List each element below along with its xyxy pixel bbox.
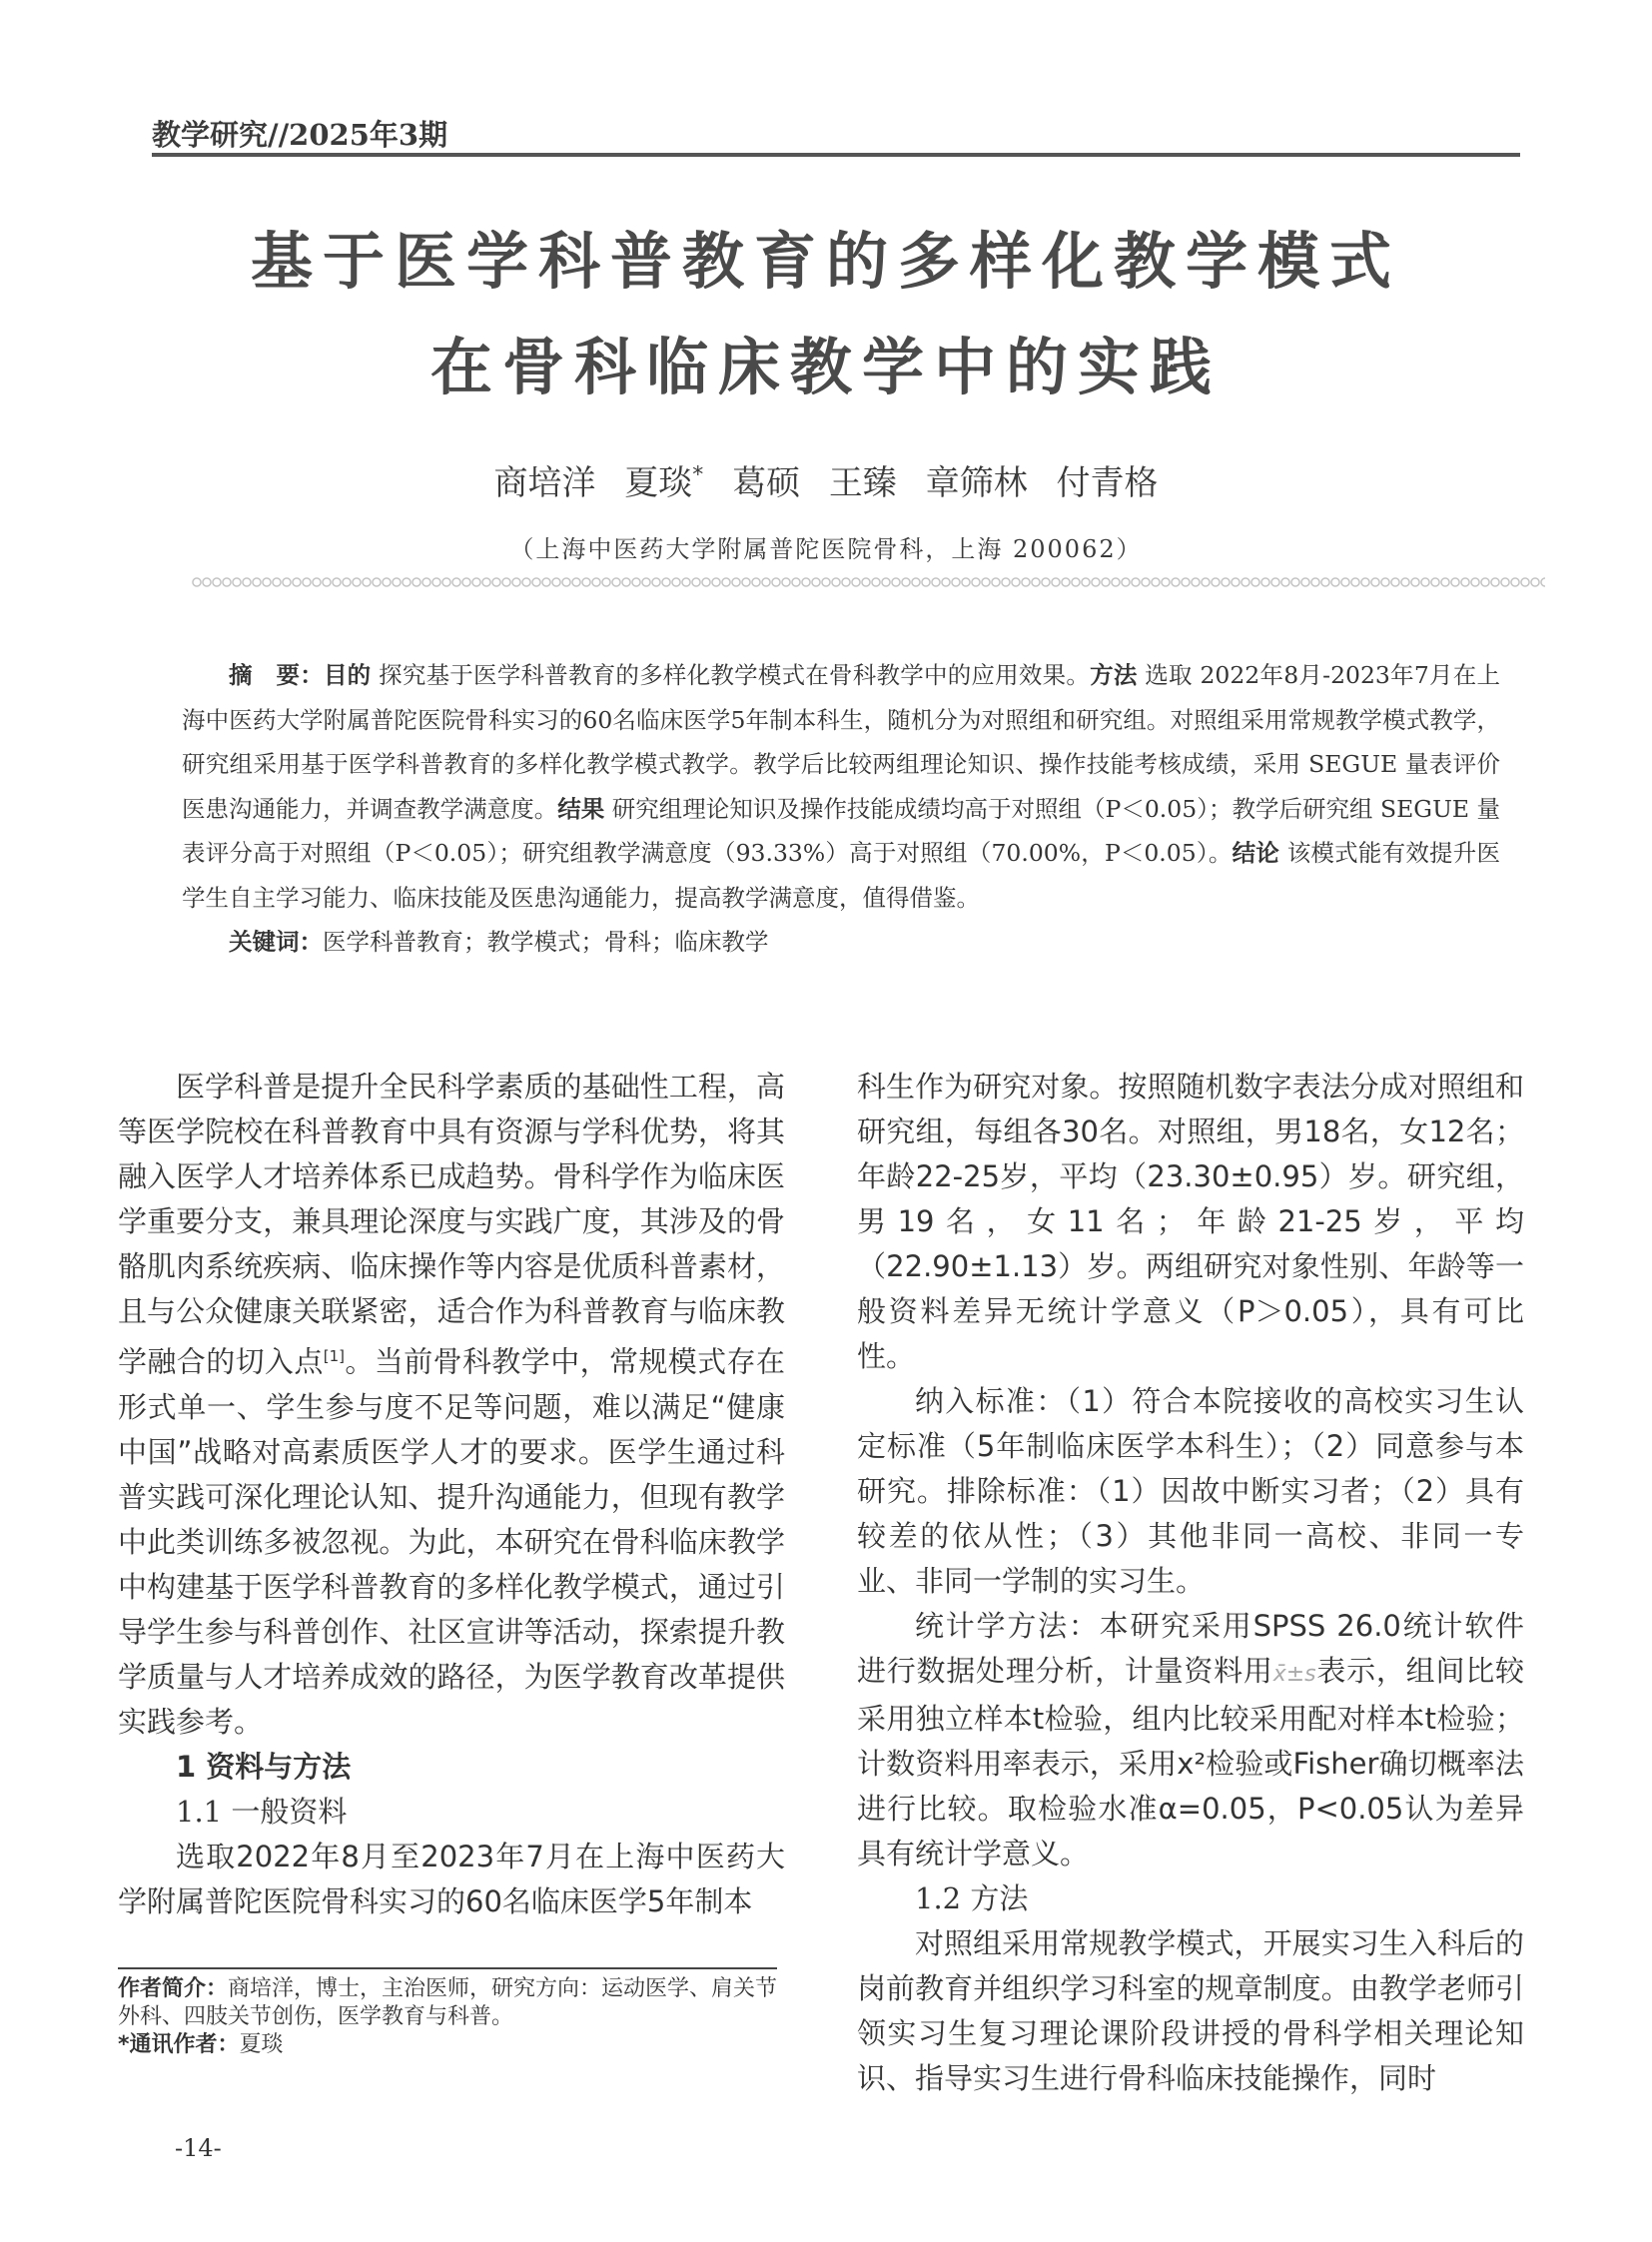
objective-label: 目的 (324, 661, 371, 689)
methods-label: 方法 (1090, 661, 1137, 689)
general-data-paragraph-cont: 科生作为研究对象。按照随机数字表法分成对照组和研究组，每组各30名。对照组，男1… (857, 1065, 1524, 1379)
objective-text: 探究基于医学科普教育的多样化教学模式在骨科教学中的应用效果。 (371, 661, 1090, 689)
affiliation: （上海中医药大学附属普陀医院骨科，上海 200062） (0, 529, 1652, 564)
results-label: 结果 (557, 795, 604, 823)
body-column-left: 医学科普是提升全民科学素质的基础性工程，高等医学院校在科普教育中具有资源与学科优… (118, 1065, 785, 1924)
intro-text-2: 。当前骨科教学中，常规模式存在形式单一、学生参与度不足等问题，难以满足“健康中国… (118, 1345, 785, 1739)
footnote-rule (118, 1967, 777, 1969)
section-heading-1-2: 1.2 方法 (857, 1876, 1524, 1921)
corresponding-author-label: *通讯作者： (118, 2032, 240, 2057)
method-paragraph: 对照组采用常规教学模式，开展实习生入科后的岗前教育并组织学习科室的规章制度。由教… (857, 1921, 1524, 2101)
article-title-line-1: 基于医学科普教育的多样化教学模式 (0, 212, 1652, 301)
footnote-block: 作者简介：商培洋，博士，主治医师，研究方向：运动医学、肩关节外科、四肢关节创伤，… (118, 1975, 785, 2059)
authors-part-2: 葛硕 王臻 章筛林 付青格 (703, 463, 1158, 503)
keywords-text: 医学科普教育；教学模式；骨科；临床教学 (323, 928, 769, 956)
author-bio-label: 作者简介： (118, 1976, 228, 2001)
decorative-divider (192, 577, 1545, 587)
statistics-paragraph: 统计学方法：本研究采用SPSS 26.0统计软件进行数据处理分析，计量资料用x̄… (857, 1604, 1524, 1876)
keywords: 关键词：医学科普教育；教学模式；骨科；临床教学 (182, 920, 1500, 965)
abstract-label: 摘 要： (229, 661, 324, 689)
page-number: -14- (175, 2134, 222, 2162)
mean-sd-symbol: x̄±s (1273, 1662, 1316, 1687)
corresponding-author-mark: * (692, 463, 703, 488)
criteria-paragraph: 纳入标准：（1）符合本院接收的高校实习生认定标准（5年制临床医学本科生）；（2）… (857, 1379, 1524, 1604)
intro-text-1: 医学科普是提升全民科学素质的基础性工程，高等医学院校在科普教育中具有资源与学科优… (118, 1070, 785, 1379)
abstract-paragraph: 摘 要：目的 探究基于医学科普教育的多样化教学模式在骨科教学中的应用效果。方法 … (182, 653, 1500, 920)
conclusion-label: 结论 (1233, 839, 1279, 867)
header-rule (152, 153, 1520, 157)
article-title-line-2: 在骨科临床教学中的实践 (0, 318, 1652, 406)
corresponding-author: *通讯作者：夏琰 (118, 2031, 785, 2059)
body-column-right: 科生作为研究对象。按照随机数字表法分成对照组和研究组，每组各30名。对照组，男1… (857, 1065, 1524, 2101)
section-heading-1-1: 1.1 一般资料 (118, 1790, 785, 1835)
authors-part-1: 商培洋 夏琰 (493, 463, 692, 503)
abstract-block: 摘 要：目的 探究基于医学科普教育的多样化教学模式在骨科教学中的应用效果。方法 … (182, 653, 1500, 965)
corresponding-author-name: 夏琰 (240, 2032, 284, 2057)
keywords-label: 关键词： (229, 928, 323, 956)
author-bio: 作者简介：商培洋，博士，主治医师，研究方向：运动医学、肩关节外科、四肢关节创伤，… (118, 1975, 785, 2031)
citation-ref: [1] (324, 1347, 345, 1365)
author-list: 商培洋 夏琰* 葛硕 王臻 章筛林 付青格 (0, 455, 1652, 504)
intro-paragraph: 医学科普是提升全民科学素质的基础性工程，高等医学院校在科普教育中具有资源与学科优… (118, 1065, 785, 1745)
running-head: 教学研究//2025年3期 (152, 113, 447, 154)
section-heading-1: 1 资料与方法 (118, 1745, 785, 1790)
general-data-paragraph-start: 选取2022年8月至2023年7月在上海中医药大学附属普陀医院骨科实习的60名临… (118, 1835, 785, 1924)
